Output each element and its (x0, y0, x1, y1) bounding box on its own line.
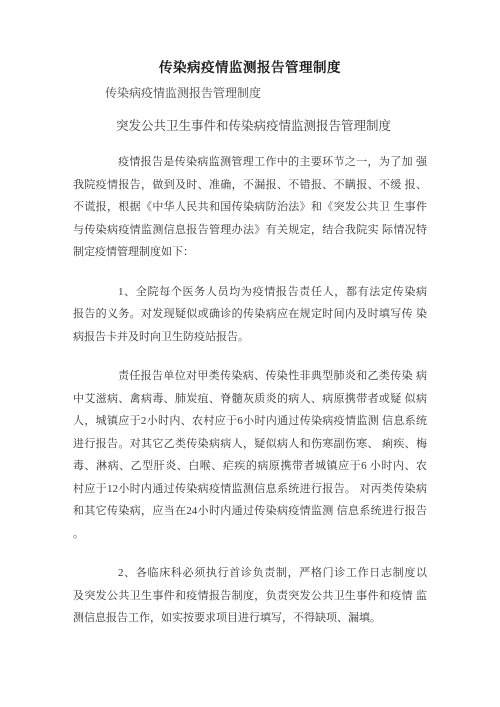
paragraph-item-2: 2、各临床科必须执行首诊负责制，严格门诊工作日志制度以 及突发公共卫生事件和疫情… (73, 562, 427, 630)
text-line: 1、全院每个医务人员均为疫情报告责任人，都有法定传染病 (73, 281, 427, 304)
document-title: 传染病疫情监测报告管理制度 (73, 58, 427, 78)
paragraph-intro: 疫情报告是传染病监测管理工作中的主要环节之一，为了加 强 我院疫情报告，做到及时… (73, 151, 427, 264)
text-line: 人，城镇应于2小时内、农村应于6小时内通过传染病疫情监测 信息系统 (73, 410, 427, 433)
text-line: 进行报告。对其它乙类传染病病人，疑似病人和伤寒副伤寒、 痢疾、梅 (73, 433, 427, 456)
text-line: 我院疫情报告，做到及时、准确，不漏报、不错报、不瞒报、不缓 报、 (73, 174, 427, 197)
text-line: 和其它传染病，应当在24小时内通过传染病疫情监测 信息系统进行报告 (73, 500, 427, 523)
document-content: 传染病疫情监测报告管理制度 传染病疫情监测报告管理制度 突发公共卫生事件和传染病… (73, 58, 427, 630)
text-line: 2、各临床科必须执行首诊负责制，严格门诊工作日志制度以 (73, 562, 427, 585)
text-line: 与传染病疫情监测信息报告管理办法》有关规定，结合我院实 际情况特 (73, 219, 427, 242)
text-line: 。 (73, 523, 427, 546)
text-line: 责任报告单位对甲类传染病、传染性非典型肺炎和乙类传染 病 (73, 365, 427, 388)
document-subtitle: 传染病疫情监测报告管理制度 (73, 84, 427, 103)
text-line: 村应于12小时内通过传染病疫情监测信息系统进行报告。 对丙类传染病 (73, 478, 427, 501)
document-heading: 突发公共卫生事件和传染病疫情监测报告管理制度 (73, 117, 427, 136)
text-line: 疫情报告是传染病监测管理工作中的主要环节之一，为了加 强 (73, 151, 427, 174)
text-line: 中艾滋病、禽病毒、肺炭疽、脊髓灰质炎的病人、病原携带者或疑 似病 (73, 388, 427, 411)
text-line: 测信息报告工作，如实按要求项目进行填写，不得缺项、漏填。 (73, 607, 427, 630)
text-line: 制定疫情管理制度如下： (73, 241, 427, 264)
document-page: 传染病疫情监测报告管理制度 传染病疫情监测报告管理制度 突发公共卫生事件和传染病… (0, 0, 500, 707)
text-line: 及突发公共卫生事件和疫情报告制度，负责突发公共卫生事件和疫情 监 (73, 585, 427, 608)
text-line: 病报告卡并及时向卫生防疫站报告。 (73, 326, 427, 349)
paragraph-item-1: 1、全院每个医务人员均为疫情报告责任人，都有法定传染病 报告的义务。对发现疑似或… (73, 281, 427, 349)
paragraph-reporting-rules: 责任报告单位对甲类传染病、传染性非典型肺炎和乙类传染 病 中艾滋病、禽病毒、肺炭… (73, 365, 427, 545)
text-line: 报告的义务。对发现疑似或确诊的传染病应在规定时间内及时填写传 染 (73, 303, 427, 326)
text-line: 不谎报，根据《中华人民共和国传染病防治法》和《突发公共卫 生事件 (73, 196, 427, 219)
text-line: 毒、淋病、乙型肝炎、白喉、疟疾的病原携带者城镇应于6 小时内、农 (73, 455, 427, 478)
